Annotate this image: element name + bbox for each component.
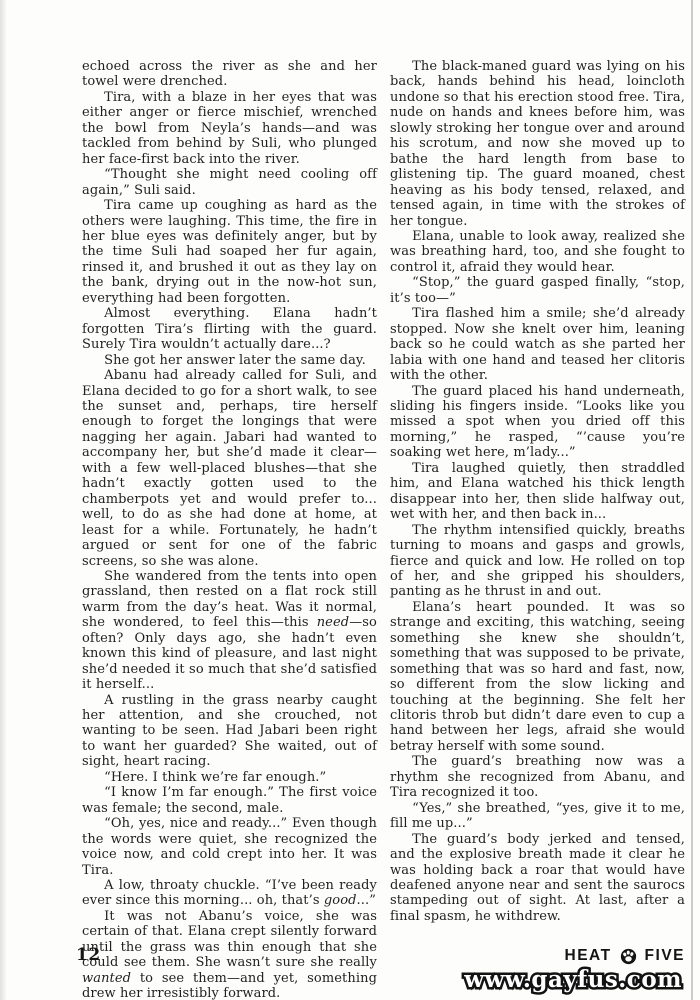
body-text: “Stop,” the guard gasped finally, “stop,… (390, 275, 685, 305)
body-text: “Here. I think we’re far enough.” (104, 770, 326, 785)
body-text: The rhythm intensified quickly, breaths … (390, 523, 685, 600)
paragraph: It was not Abanu’s voice, she was certai… (82, 909, 377, 1000)
series-title-heat: HEAT (565, 947, 612, 965)
body-text: It was not Abanu’s voice, she was certai… (82, 909, 377, 970)
body-text: “Yes,” she breathed, “yes, give it to me… (390, 801, 685, 831)
body-text: Elana, unable to look away, realized she… (390, 229, 685, 275)
body-text: She got her answer later the same day. (104, 353, 366, 368)
body-text: Almost everything. Elana hadn’t forgotte… (82, 306, 377, 352)
paragraph: The guard’s body jerked and tensed, and … (390, 832, 685, 925)
italic-text: need (317, 615, 349, 630)
paragraph: “Stop,” the guard gasped finally, “stop,… (390, 275, 685, 306)
book-page: echoed across the river as she and her t… (0, 0, 700, 1000)
body-text: The black-maned guard was lying on his b… (390, 59, 685, 229)
body-text: “Thought she might need cooling off agai… (82, 167, 377, 197)
body-text: Tira came up coughing as hard as the oth… (82, 198, 377, 306)
paragraph: Tira, with a blaze in her eyes that was … (82, 90, 377, 167)
paragraph: “Oh, yes, nice and ready...” Even though… (82, 816, 377, 878)
paragraph: “I know I’m far enough.” The first voice… (82, 785, 377, 816)
body-text: The guard’s breathing now was a rhythm s… (390, 754, 685, 800)
page-number: 12 (76, 945, 101, 965)
body-text: Tira flashed him a smile; she’d already … (390, 306, 685, 383)
body-text: The guard’s body jerked and tensed, and … (390, 832, 685, 924)
body-text: echoed across the river as she and her t… (82, 59, 377, 89)
left-text-column: echoed across the river as she and her t… (82, 59, 377, 1000)
series-title-five: FIVE (645, 947, 685, 965)
watermark-text: www.gayfus.com (464, 966, 682, 993)
body-text: “I know I’m far enough.” The first voice… (82, 785, 377, 815)
body-text: Tira laughed quietly, then straddled him… (390, 461, 685, 522)
paragraph: The guard placed his hand underneath, sl… (390, 384, 685, 461)
watermark: www.gayfus.com www.gayfus.com (464, 966, 682, 993)
body-text: Abanu had already called for Suli, and E… (82, 368, 377, 568)
text-columns: echoed across the river as she and her t… (0, 0, 700, 1000)
paragraph: Tira laughed quietly, then straddled him… (390, 461, 685, 523)
body-text: A rustling in the grass nearby caught he… (82, 693, 377, 770)
paragraph: The black-maned guard was lying on his b… (390, 59, 685, 229)
paragraph: Tira flashed him a smile; she’d already … (390, 306, 685, 383)
body-text: “Oh, yes, nice and ready...” Even though… (82, 816, 377, 877)
paragraph: Almost everything. Elana hadn’t forgotte… (82, 306, 377, 352)
paragraph: The guard’s breathing now was a rhythm s… (390, 754, 685, 800)
body-text: ...” (357, 893, 376, 908)
body-text: Elana’s heart pounded. It was so strange… (390, 600, 685, 754)
paragraph: A rustling in the grass nearby caught he… (82, 693, 377, 770)
paragraph: The rhythm intensified quickly, breaths … (390, 523, 685, 600)
paragraph: She wandered from the tents into open gr… (82, 569, 377, 693)
body-text: The guard placed his hand underneath, sl… (390, 384, 685, 461)
right-text-column: The black-maned guard was lying on his b… (390, 59, 685, 1000)
body-text: Tira, with a blaze in her eyes that was … (82, 90, 377, 167)
paragraph: “Here. I think we’re far enough.” (82, 770, 377, 785)
paragraph: Elana’s heart pounded. It was so strange… (390, 600, 685, 755)
italic-text: good (324, 893, 357, 908)
paragraph: A low, throaty chuckle. “I’ve been ready… (82, 878, 377, 909)
running-footer: HEAT FIVE (565, 947, 686, 965)
paragraph: Abanu had already called for Suli, and E… (82, 368, 377, 569)
paragraph: “Thought she might need cooling off agai… (82, 167, 377, 198)
paragraph: echoed across the river as she and her t… (82, 59, 377, 90)
paragraph: Tira came up coughing as hard as the oth… (82, 198, 377, 306)
paragraph: She got her answer later the same day. (82, 353, 377, 368)
paragraph: “Yes,” she breathed, “yes, give it to me… (390, 801, 685, 832)
paragraph: Elana, unable to look away, realized she… (390, 229, 685, 275)
paw-icon (620, 948, 637, 965)
italic-text: wanted (82, 971, 131, 986)
